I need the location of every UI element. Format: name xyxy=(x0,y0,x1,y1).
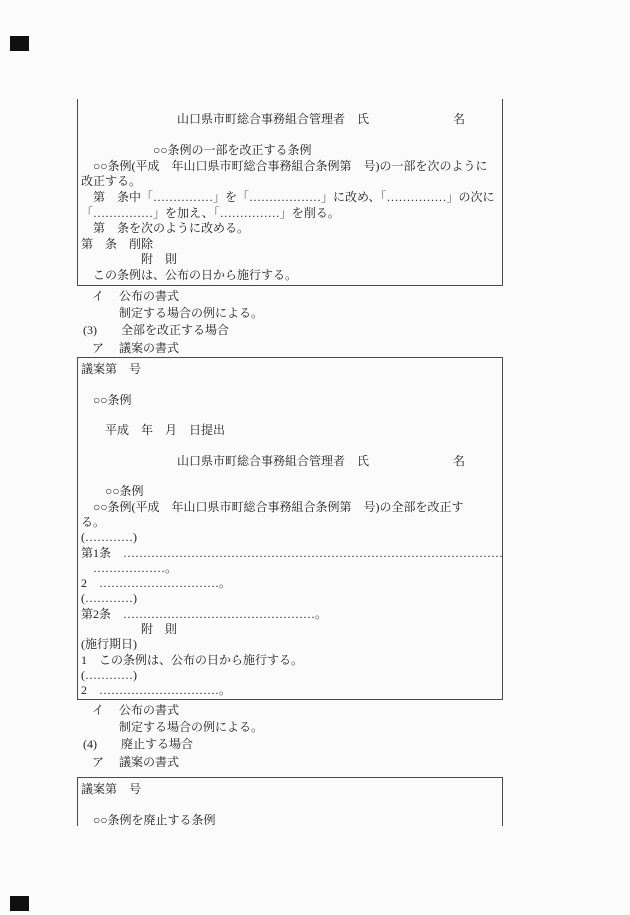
text-line: ○○条例 xyxy=(78,393,502,408)
text-line: 第 条を次のように改める。 xyxy=(78,221,502,237)
text-line: 第1条 ………………………………………………………………………………………………… xyxy=(78,546,502,561)
text-line xyxy=(78,408,502,423)
text-line: 1 この条例は、公布の日から施行する。 xyxy=(78,653,502,668)
ordinance-document-page: 山口県市町総合事務組合管理者 氏 名 ○○条例の一部を改正する条例 ○○条例(平… xyxy=(0,0,630,915)
text-line: この条例は、公布の日から施行する。 xyxy=(78,268,502,284)
annotation-block-1: イ 公布の書式 制定する場合の例による。 (3) 全部を改正する場合 ア 議案の… xyxy=(77,288,503,357)
text-line: 附 則 xyxy=(78,622,502,637)
annotation-block-2: イ 公布の書式 制定する場合の例による。 (4) 廃止する場合 ア 議案の書式 xyxy=(77,702,503,771)
partial-amendment-form-box: 山口県市町総合事務組合管理者 氏 名 ○○条例の一部を改正する条例 ○○条例(平… xyxy=(77,99,503,286)
page-edge-marker-icon xyxy=(10,896,29,911)
text-line: (…………) xyxy=(78,591,502,606)
text-line: 制定する場合の例による。 xyxy=(77,305,503,322)
text-line: 改正する。 xyxy=(78,174,502,190)
text-line: 議案第 号 xyxy=(78,782,502,798)
text-line: ○○条例(平成 年山口県市町総合事務組合条例第 号)の全部を改正す xyxy=(78,500,502,515)
text-line xyxy=(78,798,502,814)
text-line: 山口県市町総合事務組合管理者 氏 名 xyxy=(78,112,502,128)
text-line: (…………) xyxy=(78,668,502,683)
text-line: 第2条 …………………………………………。 xyxy=(78,607,502,622)
text-line: ○○条例(平成 年山口県市町総合事務組合条例第 号)の一部を次のように xyxy=(78,159,502,175)
text-line: 「……………」を加え、「……………」を削る。 xyxy=(78,206,502,222)
abolition-bill-form-box: 議案第 号 ○○条例を廃止する条例 xyxy=(77,777,503,826)
text-line: ○○条例を廃止する条例 xyxy=(78,813,502,829)
text-line: 制定する場合の例による。 xyxy=(77,719,503,736)
text-line: (施行期日) xyxy=(78,637,502,652)
text-line xyxy=(78,128,502,144)
text-line: イ 公布の書式 xyxy=(77,288,503,305)
text-line: る。 xyxy=(78,515,502,530)
text-line: (3) 全部を改正する場合 xyxy=(77,322,503,339)
text-line: 山口県市町総合事務組合管理者 氏 名 xyxy=(78,454,502,469)
page-edge-marker-icon xyxy=(10,36,29,51)
text-line: (4) 廃止する場合 xyxy=(77,736,503,753)
text-line: 附 則 xyxy=(78,252,502,268)
text-line: 第 条中「……………」を「………………」に改め、「……………」の次に xyxy=(78,190,502,206)
full-revision-bill-form-box: 議案第 号 ○○条例 平成 年 月 日提出 山口県市町総合事務組合管理者 氏 名… xyxy=(77,357,503,700)
text-line xyxy=(78,469,502,484)
text-line: 平成 年 月 日提出 xyxy=(78,423,502,438)
text-line: ア 議案の書式 xyxy=(77,754,503,771)
text-line: 第 条 削除 xyxy=(78,237,502,253)
text-line xyxy=(78,377,502,392)
text-line: (…………) xyxy=(78,530,502,545)
text-line: ○○条例の一部を改正する条例 xyxy=(78,143,502,159)
text-line: 2 …………………………。 xyxy=(78,683,502,698)
text-line: イ 公布の書式 xyxy=(77,702,503,719)
text-line: ア 議案の書式 xyxy=(77,340,503,357)
text-line: ○○条例 xyxy=(78,484,502,499)
text-line xyxy=(78,438,502,453)
text-line: 議案第 号 xyxy=(78,362,502,377)
text-line: 2 …………………………。 xyxy=(78,576,502,591)
text-line: ………………。 xyxy=(78,561,502,576)
